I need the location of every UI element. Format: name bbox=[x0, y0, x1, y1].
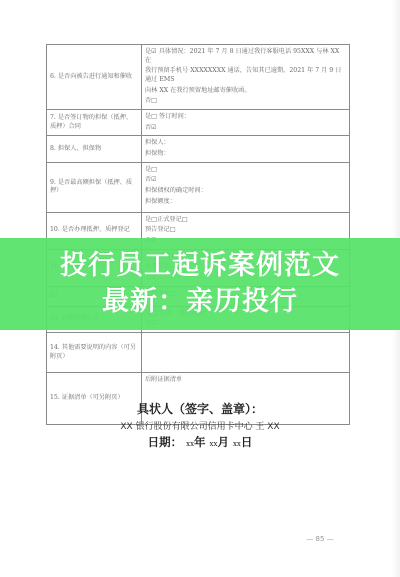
signature-title: 具状人（签字、盖章）： bbox=[0, 400, 400, 417]
table-row: 9. 是否最高额担保（抵押、质押） 是□ 否☑ 担保债权的确定时间： 担保额度： bbox=[47, 162, 350, 212]
complaint-form-table: 6. 是否向被告进行通知和催收 是☑ 具体情况：2021 年 7 月 8 日通过… bbox=[46, 44, 350, 425]
row-value-line: 后附证据清单 bbox=[145, 376, 346, 385]
row-value-line: 担保物： bbox=[145, 150, 346, 159]
row-value bbox=[142, 333, 350, 373]
table-row: 8. 担保人、担保物 担保人： 担保物： bbox=[47, 136, 350, 162]
banner-title-line-1: 投行员工起诉案例范文 bbox=[60, 248, 340, 284]
row-value-line: 担保债权的确定时间： bbox=[145, 187, 346, 196]
row-value-line: 是□ bbox=[145, 166, 346, 175]
banner-title-line-2: 最新：亲历投行 bbox=[102, 284, 298, 320]
date-day: xx bbox=[233, 440, 241, 448]
signature-date: 日期： xx年 xx月 xx日 bbox=[0, 434, 400, 450]
row-value-line: 否☑ bbox=[145, 176, 346, 185]
date-year-unit: 年 bbox=[194, 435, 206, 449]
row-value-line: 是☑ 具体情况：2021 年 7 月 8 日通过我行客服电话 95XXX 与林 … bbox=[145, 48, 346, 65]
row-value-line bbox=[145, 336, 346, 345]
row-label: 6. 是否向被告进行通知和催收 bbox=[47, 45, 142, 110]
row-value-line: 否□ bbox=[145, 97, 346, 106]
title-banner: 投行员工起诉案例范文 最新：亲历投行 bbox=[0, 238, 400, 330]
date-label: 日期： bbox=[148, 435, 183, 449]
date-day-unit: 日 bbox=[241, 435, 253, 449]
row-value-line: 担保额度： bbox=[145, 198, 346, 207]
row-label: 7. 是否签订物的担保（抵押、质押）合同 bbox=[47, 110, 142, 136]
row-label: 14. 其他需要说明的内容（可另附页） bbox=[47, 333, 142, 373]
row-value-line: 我行预留手机号 XXXXXXXX 通话，告知其已逾期。2021 年 7 月 9 … bbox=[145, 67, 346, 84]
row-value-line: 否☑ bbox=[145, 124, 346, 133]
date-month-unit: 月 bbox=[217, 435, 229, 449]
row-label: 8. 担保人、担保物 bbox=[47, 136, 142, 162]
table-row: 7. 是否签订物的担保（抵押、质押）合同 是□ 签订时间： 否☑ bbox=[47, 110, 350, 136]
row-value-line: 预告登记□ bbox=[145, 226, 346, 235]
table-row: 6. 是否向被告进行通知和催收 是☑ 具体情况：2021 年 7 月 8 日通过… bbox=[47, 45, 350, 110]
row-value-line: 是□ 签订时间： bbox=[145, 113, 346, 122]
table-row: 14. 其他需要说明的内容（可另附页） bbox=[47, 333, 350, 373]
row-value-line: 是□正式登记□ bbox=[145, 216, 346, 225]
date-year: xx bbox=[186, 440, 194, 448]
row-value: 是□ 签订时间： 否☑ bbox=[142, 110, 350, 136]
row-value: 是□ 否☑ 担保债权的确定时间： 担保额度： bbox=[142, 162, 350, 212]
page-number: — 85 — bbox=[300, 535, 340, 543]
row-value-line: 向林 XX 在我行预留地址邮寄催收函。 bbox=[145, 87, 346, 96]
row-value-line: 担保人： bbox=[145, 139, 346, 148]
signature-organization: XX 银行股份有限公司信用卡中心 王 XX bbox=[0, 419, 400, 432]
row-value: 是☑ 具体情况：2021 年 7 月 8 日通过我行客服电话 95XXX 与林 … bbox=[142, 45, 350, 110]
row-label: 9. 是否最高额担保（抵押、质押） bbox=[47, 162, 142, 212]
row-value: 担保人： 担保物： bbox=[142, 136, 350, 162]
